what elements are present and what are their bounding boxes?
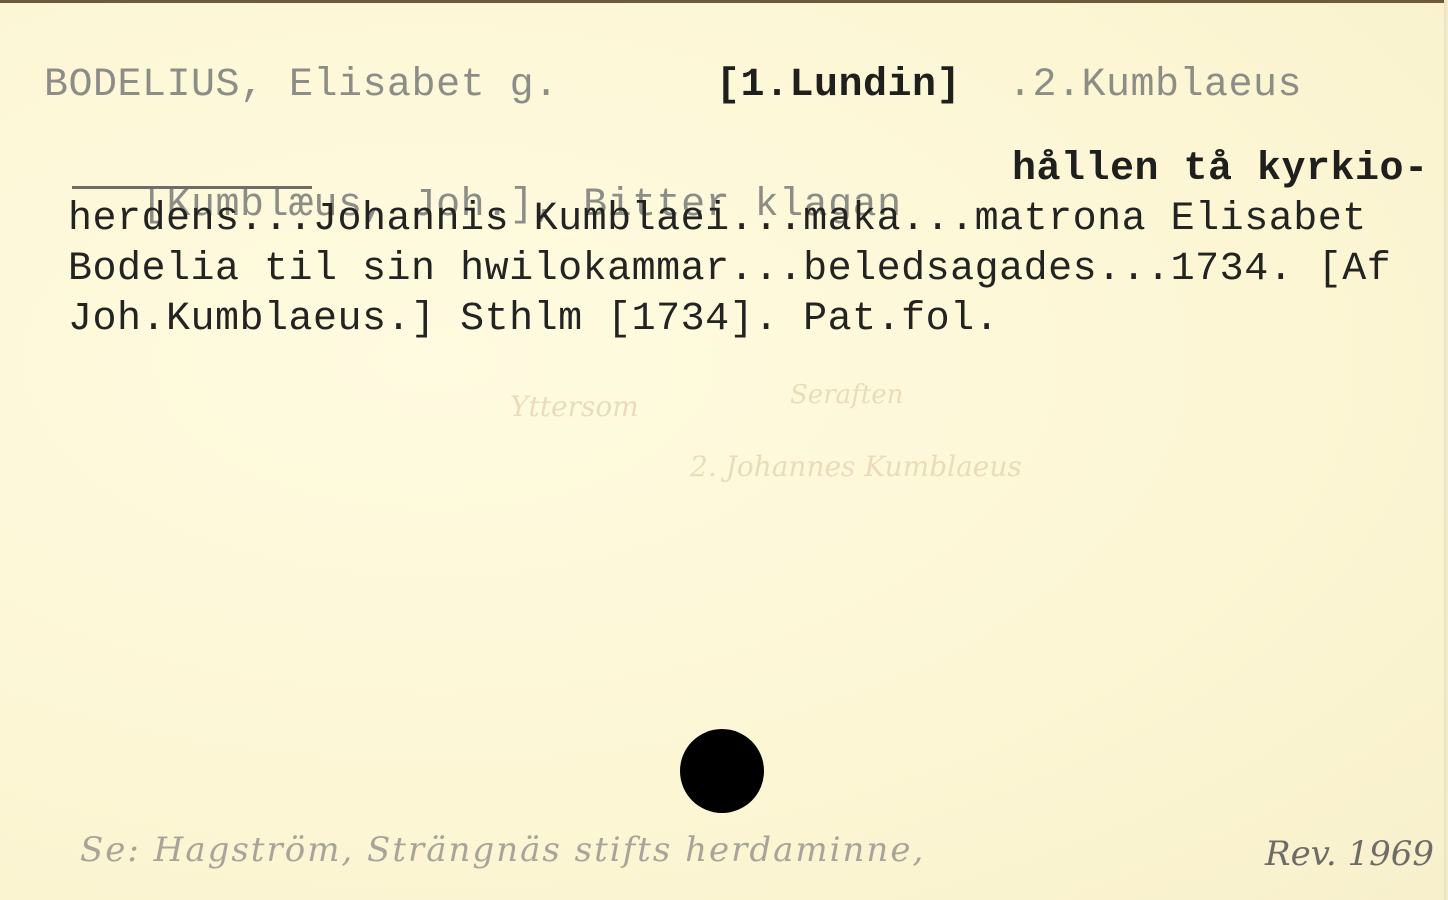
- entry-line-3: Bodelia til sin hwilokammar...beledsagad…: [68, 250, 1391, 290]
- handwritten-revision-date: Rev. 1969: [1265, 834, 1434, 874]
- handwritten-reference: Se: Hagström, Strängnäs stifts herdaminn…: [80, 830, 925, 870]
- entry-line-4: Joh.Kumblaeus.] Sthlm [1734]. Pat.fol.: [68, 300, 999, 340]
- entry-title-continuation: hållen tå kyrkio-: [1012, 150, 1429, 190]
- entry-line-2: herdens...Johannis Kumblaei...maka...mat…: [68, 200, 1367, 240]
- heading-name: BODELIUS, Elisabet g.: [44, 66, 559, 106]
- pencil-note-c: 2. Johannes Kumblaeus: [690, 450, 1022, 483]
- author-underline: [72, 184, 312, 189]
- pencil-note-b: Seraften: [790, 380, 903, 410]
- heading-second-spouse: .2.Kumblaeus: [1008, 66, 1302, 106]
- punch-hole: [680, 729, 764, 813]
- card-top-edge: [0, 0, 1448, 3]
- heading-first-spouse: [1.Lundin]: [716, 66, 961, 106]
- card-right-edge: [1444, 0, 1448, 900]
- pencil-note-a: Yttersom: [510, 390, 639, 423]
- catalog-card: BODELIUS, Elisabet g. [1.Lundin] .2.Kumb…: [0, 0, 1448, 900]
